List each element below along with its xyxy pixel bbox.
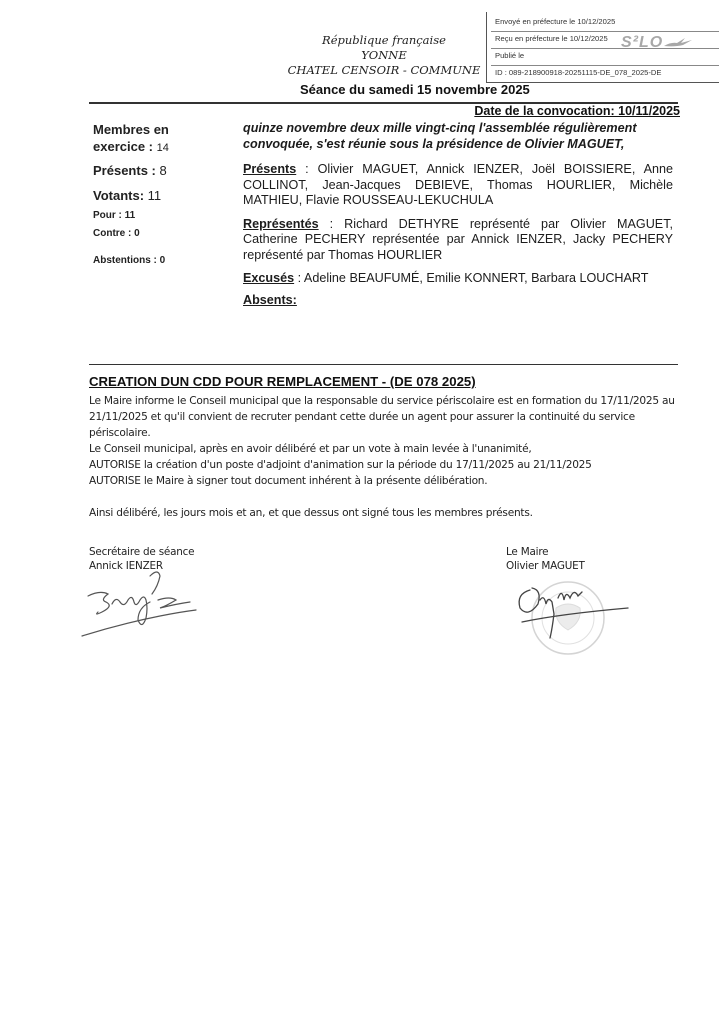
presents-value: 8 xyxy=(160,163,167,178)
excuses-section: Excusés : Adeline BEAUFUMÉ, Emilie KONNE… xyxy=(243,271,673,287)
exercice-label: exercice : xyxy=(93,139,153,154)
deliberation-title: CREATION DUN CDD POUR REMPLACEMENT - (DE… xyxy=(89,374,476,389)
presents-list: : Olivier MAGUET, Annick IENZER, Joël BO… xyxy=(243,162,673,207)
deliberation-paragraph: Le Maire informe le Conseil municipal qu… xyxy=(89,393,689,441)
header-department: YONNE xyxy=(268,48,500,63)
attendance-rule xyxy=(89,364,678,365)
secretary-role: Secrétaire de séance xyxy=(89,545,194,559)
stamp-id: ID : 089-218900918-20251115-DE_078_2025-… xyxy=(495,68,661,77)
presents-label: Présents : xyxy=(93,163,156,178)
mayor-name: Olivier MAGUET xyxy=(506,559,585,573)
deliberation-paragraph: AUTORISE le Maire à signer tout document… xyxy=(89,473,689,489)
s2lo-logo: S²LO xyxy=(621,34,663,52)
exercice-value: 14 xyxy=(157,142,169,154)
votants-row: Votants: 11 xyxy=(93,187,169,204)
abstentions-count: Abstentions : 0 xyxy=(93,255,169,266)
document-header: République française YONNE CHATEL CENSOI… xyxy=(268,33,500,78)
convocation-date: Date de la convocation: 10/11/2025 xyxy=(474,104,680,118)
deliberation-body: Le Maire informe le Conseil municipal qu… xyxy=(89,393,689,521)
presents-heading: Présents xyxy=(243,162,296,176)
stats-column: Membres en exercice : 14 Présents : 8 Vo… xyxy=(93,121,169,266)
stamp-received: Reçu en préfecture le 10/12/2025 xyxy=(495,34,608,43)
membres-label: Membres en xyxy=(93,121,169,138)
excuses-list: : Adeline BEAUFUMÉ, Emilie KONNERT, Barb… xyxy=(294,271,648,285)
mayor-signature-block: Le Maire Olivier MAGUET xyxy=(506,545,585,573)
deliberation-paragraph: Le Conseil municipal, après en avoir dél… xyxy=(89,441,689,457)
absents-heading: Absents: xyxy=(243,293,297,307)
excuses-heading: Excusés xyxy=(243,271,294,285)
representes-heading: Représentés xyxy=(243,217,319,231)
s2lo-logo-text: S²LO xyxy=(621,34,663,51)
stamp-sent: Envoyé en préfecture le 10/12/2025 xyxy=(495,17,615,26)
votants-value: 11 xyxy=(148,188,162,203)
mayor-signature-with-seal xyxy=(500,578,630,658)
secretary-signature xyxy=(80,560,200,640)
absents-section: Absents: xyxy=(243,293,673,309)
header-republic: République française xyxy=(268,33,500,48)
representes-section: Représentés : Richard DETHYRE représenté… xyxy=(243,217,673,264)
presents-section: Présents : Olivier MAGUET, Annick IENZER… xyxy=(243,162,673,209)
seance-title: Séance du samedi 15 novembre 2025 xyxy=(300,82,530,97)
votants-label: Votants: xyxy=(93,188,144,203)
exercice-row: exercice : 14 xyxy=(93,138,169,157)
attendance-block: quinze novembre deux mille vingt-cinq l'… xyxy=(243,121,673,308)
divider xyxy=(491,65,719,66)
contre-count: Contre : 0 xyxy=(93,228,169,239)
header-commune: CHATEL CENSOIR - COMMUNE xyxy=(268,63,500,78)
prefecture-stamp: Envoyé en préfecture le 10/12/2025 Reçu … xyxy=(486,12,719,83)
presents-row: Présents : 8 xyxy=(93,162,169,179)
divider xyxy=(491,31,719,32)
deliberation-closing: Ainsi délibéré, les jours mois et an, et… xyxy=(89,505,689,521)
mayor-role: Le Maire xyxy=(506,545,585,559)
session-intro: quinze novembre deux mille vingt-cinq l'… xyxy=(243,121,673,152)
bird-icon xyxy=(663,36,693,50)
deliberation-paragraph: AUTORISE la création d'un poste d'adjoin… xyxy=(89,457,689,473)
pour-count: Pour : 11 xyxy=(93,210,169,221)
